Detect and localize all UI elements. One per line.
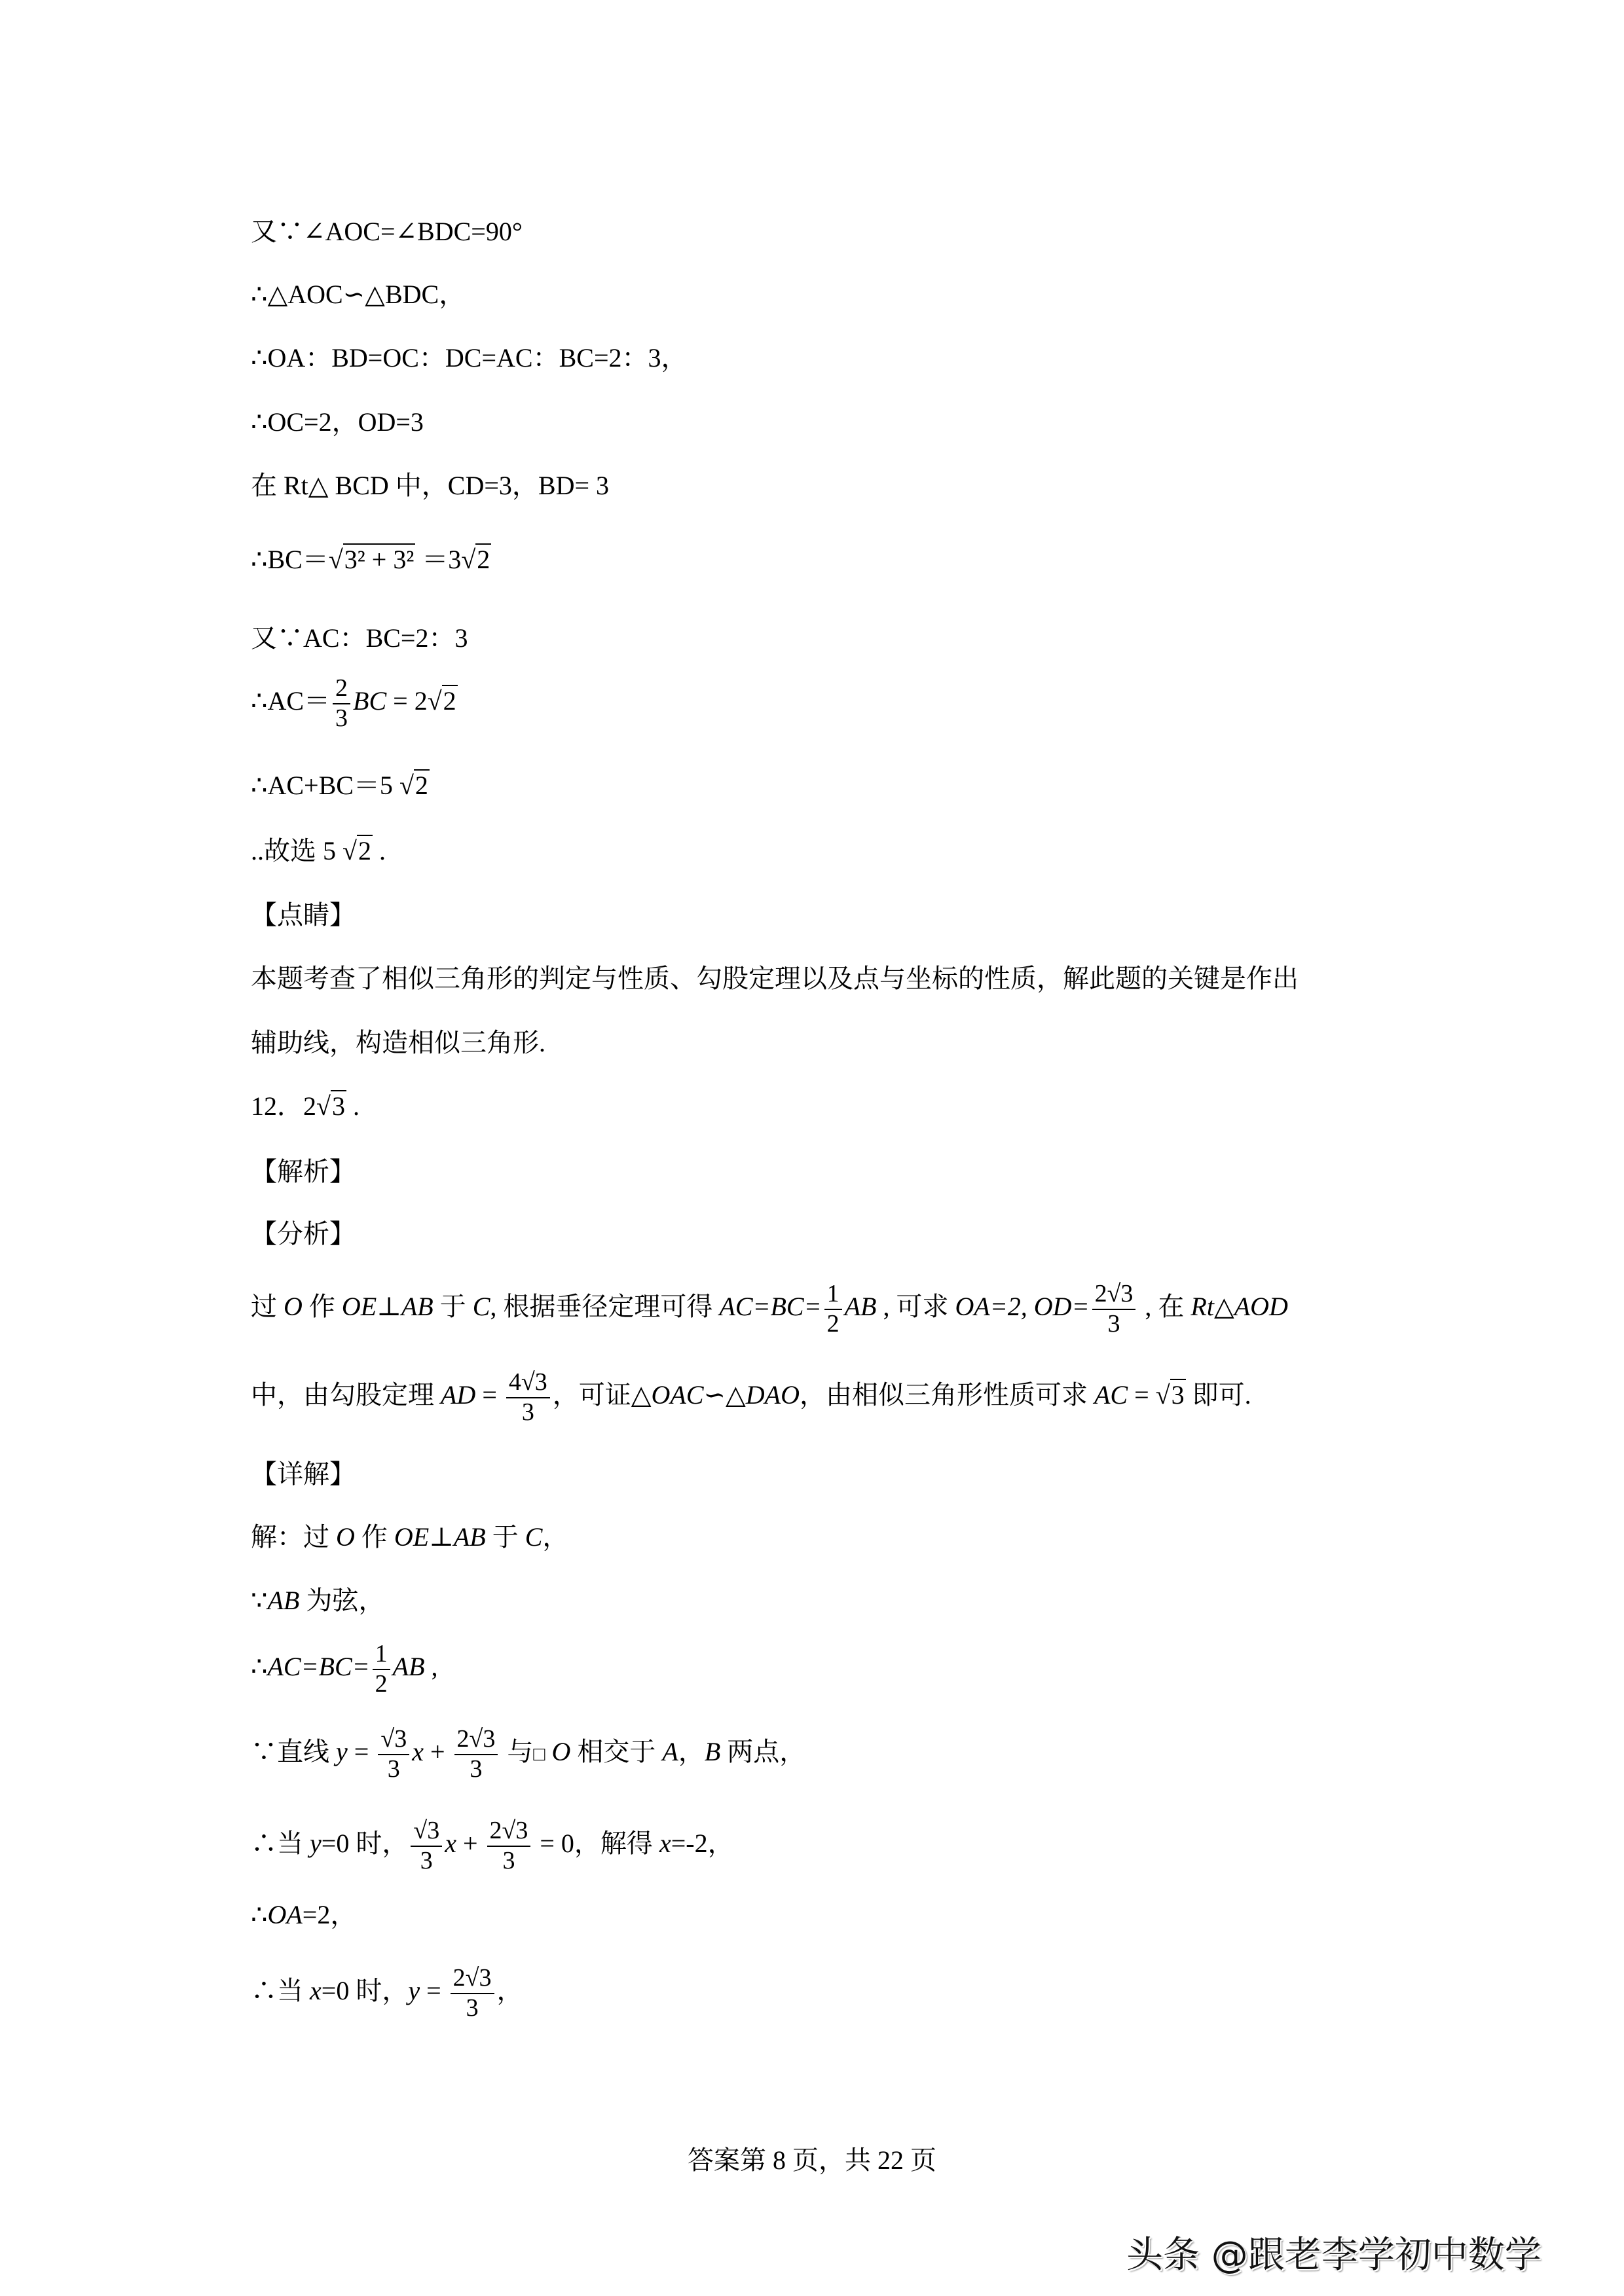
- variable: Rt△AOD: [1190, 1292, 1288, 1321]
- missing-glyph-icon: □: [533, 1743, 545, 1765]
- text: ..故选 5: [251, 836, 342, 866]
- radicand: 3: [1170, 1379, 1186, 1410]
- variable: OE⊥AB: [394, 1522, 486, 1552]
- text: , 在: [1138, 1292, 1190, 1321]
- equation-line: ∴当 y=0 时，√33x + 2√33 = 0，解得 x=-2，: [251, 1817, 734, 1875]
- text: = 2: [386, 686, 428, 716]
- text-line: 在 Rt△ BCD 中，CD=3，BD= 3: [251, 473, 609, 499]
- text-line: ∴OC=2，OD=3: [251, 409, 424, 435]
- text: 与: [500, 1737, 533, 1766]
- sqrt-expression: √2: [342, 838, 373, 864]
- text: ∴: [251, 1900, 267, 1929]
- numerator: √3: [411, 1817, 442, 1847]
- coefficient: 2: [453, 1964, 466, 1992]
- denominator: 3: [454, 1755, 498, 1784]
- text: =: [420, 1976, 448, 2005]
- text: ∴AC＝: [251, 686, 330, 716]
- fraction: 2√33: [451, 1964, 494, 2022]
- text-line: 又∵∠AOC=∠BDC=90°: [251, 219, 523, 245]
- text: =-2，: [671, 1829, 734, 1858]
- text: 过: [251, 1292, 284, 1321]
- variable: AC=BC=: [267, 1652, 369, 1681]
- radicand: 3: [1120, 1280, 1133, 1307]
- text: =: [348, 1737, 376, 1766]
- fraction: 12: [373, 1640, 390, 1698]
- equation-line: ∴AC=BC=12AB ,: [251, 1640, 438, 1698]
- text: 于: [486, 1522, 525, 1552]
- radicand: 3: [483, 1725, 495, 1753]
- fraction: 2√33: [487, 1817, 531, 1875]
- text: 两点，: [720, 1737, 805, 1766]
- denominator: 3: [333, 704, 350, 733]
- fraction: 2√33: [1092, 1280, 1136, 1338]
- text-line: ∴△AOC∽△BDC，: [251, 282, 465, 308]
- numerator: 2√3: [454, 1725, 498, 1755]
- variable: x: [412, 1737, 424, 1766]
- numerator: 2√3: [451, 1964, 494, 1994]
- text: .: [373, 836, 386, 866]
- radicand: 3: [427, 1817, 439, 1844]
- denominator: 3: [1092, 1310, 1136, 1339]
- variable: C: [525, 1522, 543, 1552]
- section-heading: 【解析】: [251, 1159, 356, 1185]
- denominator: 3: [378, 1755, 409, 1784]
- equation-line: 过 O 作 OE⊥AB 于 C, 根据垂径定理可得 AC=BC=12AB , 可…: [251, 1280, 1288, 1338]
- text: 为弦，: [299, 1586, 384, 1615]
- text: =2，: [303, 1900, 357, 1929]
- equation-line: ∴当 x=0 时，y = 2√33，: [251, 1964, 523, 2022]
- equation-line: ∴BC＝√3² + 3² ＝3√2: [251, 547, 491, 573]
- radicand: 3: [535, 1368, 547, 1396]
- variable: AB: [845, 1292, 877, 1321]
- text: , 可求: [876, 1292, 955, 1321]
- text: ,: [425, 1652, 438, 1681]
- equation-line: 中，由勾股定理 AD = 4√33，可证△OAC∽△DAO，由相似三角形性质可求…: [251, 1368, 1251, 1427]
- text: =: [1128, 1380, 1156, 1410]
- fraction: √33: [411, 1817, 442, 1875]
- variable: △OAC∽△DAO: [631, 1380, 800, 1410]
- section-heading: 【分析】: [251, 1221, 356, 1247]
- text: ∴: [251, 1652, 267, 1681]
- question-number: 12．2: [251, 1091, 316, 1121]
- numerator: 2√3: [487, 1817, 531, 1847]
- answer-line: 12．2√3 .: [251, 1093, 360, 1120]
- variable: AC: [1094, 1380, 1128, 1410]
- text: ∴BC＝: [251, 545, 329, 574]
- text: +: [456, 1829, 485, 1858]
- text: 于: [434, 1292, 473, 1321]
- text: ∵: [251, 1586, 267, 1615]
- page-footer: 答案第 8 页，共 22 页: [0, 2140, 1624, 2177]
- numerator: 1: [373, 1640, 390, 1670]
- radicand: 3: [479, 1964, 492, 1992]
- radicand: 2: [475, 543, 491, 574]
- equation-line: 解：过 O 作 OE⊥AB 于 C，: [251, 1524, 568, 1550]
- text-line: 又∵AC：BC=2：3: [251, 625, 468, 651]
- variable: y: [408, 1976, 420, 2005]
- variable: AD: [441, 1380, 475, 1410]
- equation-line: ∵AB 为弦，: [251, 1588, 384, 1614]
- text: ＝3: [415, 545, 461, 574]
- fraction: 2√33: [454, 1725, 498, 1783]
- numerator: 1: [824, 1280, 842, 1310]
- numerator: 2√3: [1092, 1280, 1136, 1310]
- text-line: 辅助线，构造相似三角形.: [251, 1030, 545, 1056]
- variable: O: [336, 1522, 355, 1552]
- text: +: [424, 1737, 452, 1766]
- denominator: 3: [506, 1398, 550, 1427]
- fraction: 12: [824, 1280, 842, 1338]
- text: ，: [542, 1522, 568, 1552]
- variable: B: [705, 1737, 720, 1766]
- watermark: 头条 @跟老李学初中数学: [1126, 2226, 1541, 2278]
- denominator: 3: [487, 1847, 531, 1876]
- numerator: √3: [378, 1725, 409, 1755]
- fraction: √33: [378, 1725, 409, 1783]
- text: 作: [355, 1522, 394, 1552]
- radicand: 2: [414, 769, 430, 800]
- radicand: 3: [331, 1090, 346, 1121]
- text: 即可.: [1186, 1380, 1251, 1410]
- text: ，: [497, 1976, 523, 2005]
- equation-line: ∴AC＝23BC = 2√2: [251, 674, 458, 733]
- section-heading: 【点睛】: [251, 902, 356, 928]
- variable: O: [284, 1292, 303, 1321]
- sqrt-expression: √3: [316, 1093, 346, 1120]
- variable: C: [473, 1292, 490, 1321]
- section-heading: 【详解】: [251, 1461, 356, 1487]
- radicand: 3: [515, 1817, 528, 1844]
- text: 解：过: [251, 1522, 336, 1552]
- variable: OA=2, OD=: [955, 1292, 1089, 1321]
- text-line: 本题考查了相似三角形的判定与性质、勾股定理以及点与坐标的性质，解此题的关键是作出: [251, 966, 1299, 992]
- sqrt-expression: √3² + 3²: [329, 547, 416, 573]
- text: ∴当: [251, 1976, 310, 2005]
- coefficient: 4: [509, 1368, 521, 1396]
- coefficient: 2: [457, 1725, 470, 1753]
- numerator: 4√3: [506, 1368, 550, 1398]
- text: =0 时，: [322, 1829, 409, 1858]
- variable: AB: [393, 1652, 425, 1681]
- text: .: [346, 1091, 360, 1121]
- equation-line: ∴OA=2，: [251, 1902, 356, 1928]
- variable: y: [310, 1829, 322, 1858]
- sqrt-expression: √3: [1156, 1382, 1186, 1408]
- variable: BC: [353, 686, 386, 716]
- equation-line: ..故选 5 √2 .: [251, 838, 386, 864]
- radicand: 2: [357, 835, 373, 866]
- text: ，可证: [553, 1380, 631, 1410]
- text: ∵直线: [251, 1737, 336, 1766]
- sqrt-expression: √2: [428, 688, 458, 714]
- sqrt-expression: √2: [461, 547, 491, 573]
- variable: OA: [267, 1900, 302, 1929]
- text-line: ∴OA：BD=OC：DC=AC：BC=2：3，: [251, 345, 688, 371]
- text: = 0，解得: [533, 1829, 659, 1858]
- variable: AB: [267, 1586, 299, 1615]
- denominator: 3: [451, 1994, 494, 2023]
- coefficient: 2: [1095, 1280, 1107, 1307]
- numerator: 2: [333, 674, 350, 704]
- text: 作: [303, 1292, 342, 1321]
- text: =0 时，: [322, 1976, 409, 2005]
- variable: x: [659, 1829, 671, 1858]
- text: ，: [678, 1737, 705, 1766]
- text: , 根据垂径定理可得: [490, 1292, 719, 1321]
- denominator: 2: [373, 1670, 390, 1699]
- fraction: 23: [333, 674, 350, 733]
- text: 中，由勾股定理: [251, 1380, 441, 1410]
- denominator: 3: [411, 1847, 442, 1876]
- text: =: [475, 1380, 504, 1410]
- variable: AC=BC=: [719, 1292, 821, 1321]
- variable: O: [545, 1737, 571, 1766]
- radicand: 2: [442, 685, 458, 716]
- variable: x: [310, 1976, 322, 2005]
- equation-line: ∵直线 y = √33x + 2√33 与□ O 相交于 A，B 两点，: [251, 1725, 805, 1783]
- denominator: 2: [824, 1310, 842, 1339]
- equation-line: ∴AC+BC＝5 √2: [251, 773, 430, 799]
- text: 相交于: [570, 1737, 662, 1766]
- coefficient: 2: [490, 1817, 502, 1844]
- variable: A: [662, 1737, 678, 1766]
- fraction: 4√33: [506, 1368, 550, 1427]
- sqrt-expression: √2: [399, 773, 430, 799]
- variable: x: [445, 1829, 456, 1858]
- variable: y: [336, 1737, 348, 1766]
- text: ∴当: [251, 1829, 310, 1858]
- text: ∴AC+BC＝5: [251, 771, 399, 800]
- text: ，由相似三角形性质可求: [800, 1380, 1094, 1410]
- variable: OE⊥AB: [342, 1292, 434, 1321]
- radicand: 3² + 3²: [343, 543, 416, 574]
- radicand: 3: [394, 1725, 407, 1753]
